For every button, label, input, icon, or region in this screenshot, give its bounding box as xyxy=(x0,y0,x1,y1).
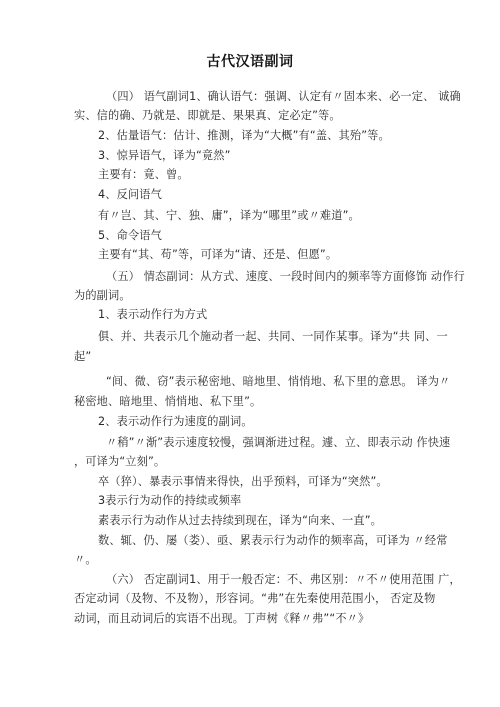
paragraph-line: “间、微、窃”表示秘密地、暗地里、悄悄地、私下里的意思。 译为〃 xyxy=(106,373,450,389)
paragraph-line: 否定动词（及物、不及物），形容词。“弗”在先秦使用范围小， 否定及物 xyxy=(74,590,435,606)
paragraph-line: 素表示行为动作从过去持续到现在，译为“向来、一直”。 xyxy=(98,512,382,528)
paragraph-line: 2、表示动作行为速度的副词。 xyxy=(98,413,253,429)
paragraph-line: （五） 情态副词：从方式、速度、一段时间内的频率等方面修饰 动作行 xyxy=(106,268,465,284)
paragraph-line: 动词，而且动词后的宾语不出现。丁声树《释〃弗”“不〃》 xyxy=(74,610,369,626)
paragraph-line: 有〃岂、其、宁、独、庸”，译为“哪里”或〃难道”。 xyxy=(98,207,360,223)
paragraph-line: 5、命令语气 xyxy=(98,227,162,243)
paragraph-line: 起” xyxy=(74,348,91,364)
paragraph-line: 卒（猝）、暴表示事情来得快，出乎预料，可译为“突然”。 xyxy=(98,473,388,489)
paragraph-line: 2、估量语气：估计、推测，译为“大概”有“盖、其殆”等。 xyxy=(98,127,390,143)
paragraph-line: 秘密地、暗地里、悄悄地、私下里”。 xyxy=(74,393,261,409)
paragraph-line: （六） 否定副词1、用于一般否定：不、弗区别：〃不〃使用范围 广， xyxy=(106,571,461,587)
paragraph-line: 主要有：竟、曾。 xyxy=(98,166,189,182)
paragraph-line: （四） 语气副词1、确认语气：强调、认定有〃固本来、必一定、 诚确 xyxy=(106,88,461,104)
paragraph-line: 4、反问语气 xyxy=(98,186,162,202)
paragraph-line: 数、辄、仍、屡（娄）、亟、累表示行为动作的频率高，可译为 〃经常 xyxy=(98,532,448,548)
paragraph-line: ，可译为“立刻”。 xyxy=(74,453,165,469)
document-title: 古代汉语副词 xyxy=(0,51,500,71)
paragraph-line: 为的副词。 xyxy=(74,287,131,303)
paragraph-line: 主要有“其、苟”等，可译为“请、还是、但愿”。 xyxy=(98,246,337,262)
paragraph-line: 3、惊异语气，译为“竟然” xyxy=(98,147,231,163)
paragraph-line: 〃稍”〃渐”表示速度较慢，强调渐进过程。遽、立、即表示动 作快速 xyxy=(106,434,450,450)
paragraph-line: 〃。 xyxy=(74,551,97,567)
paragraph-line: 3表示行为动作的持续或频率 xyxy=(98,492,241,508)
paragraph-line: 1、表示动作行为方式 xyxy=(98,306,207,322)
paragraph-line: 俱、并、共表示几个施动者一起、共同、一同作某事。译为“共 同、一 xyxy=(98,328,448,344)
paragraph-line: 实、信的确、乃就是、即就是、果果真、定必定”等。 xyxy=(74,107,341,123)
